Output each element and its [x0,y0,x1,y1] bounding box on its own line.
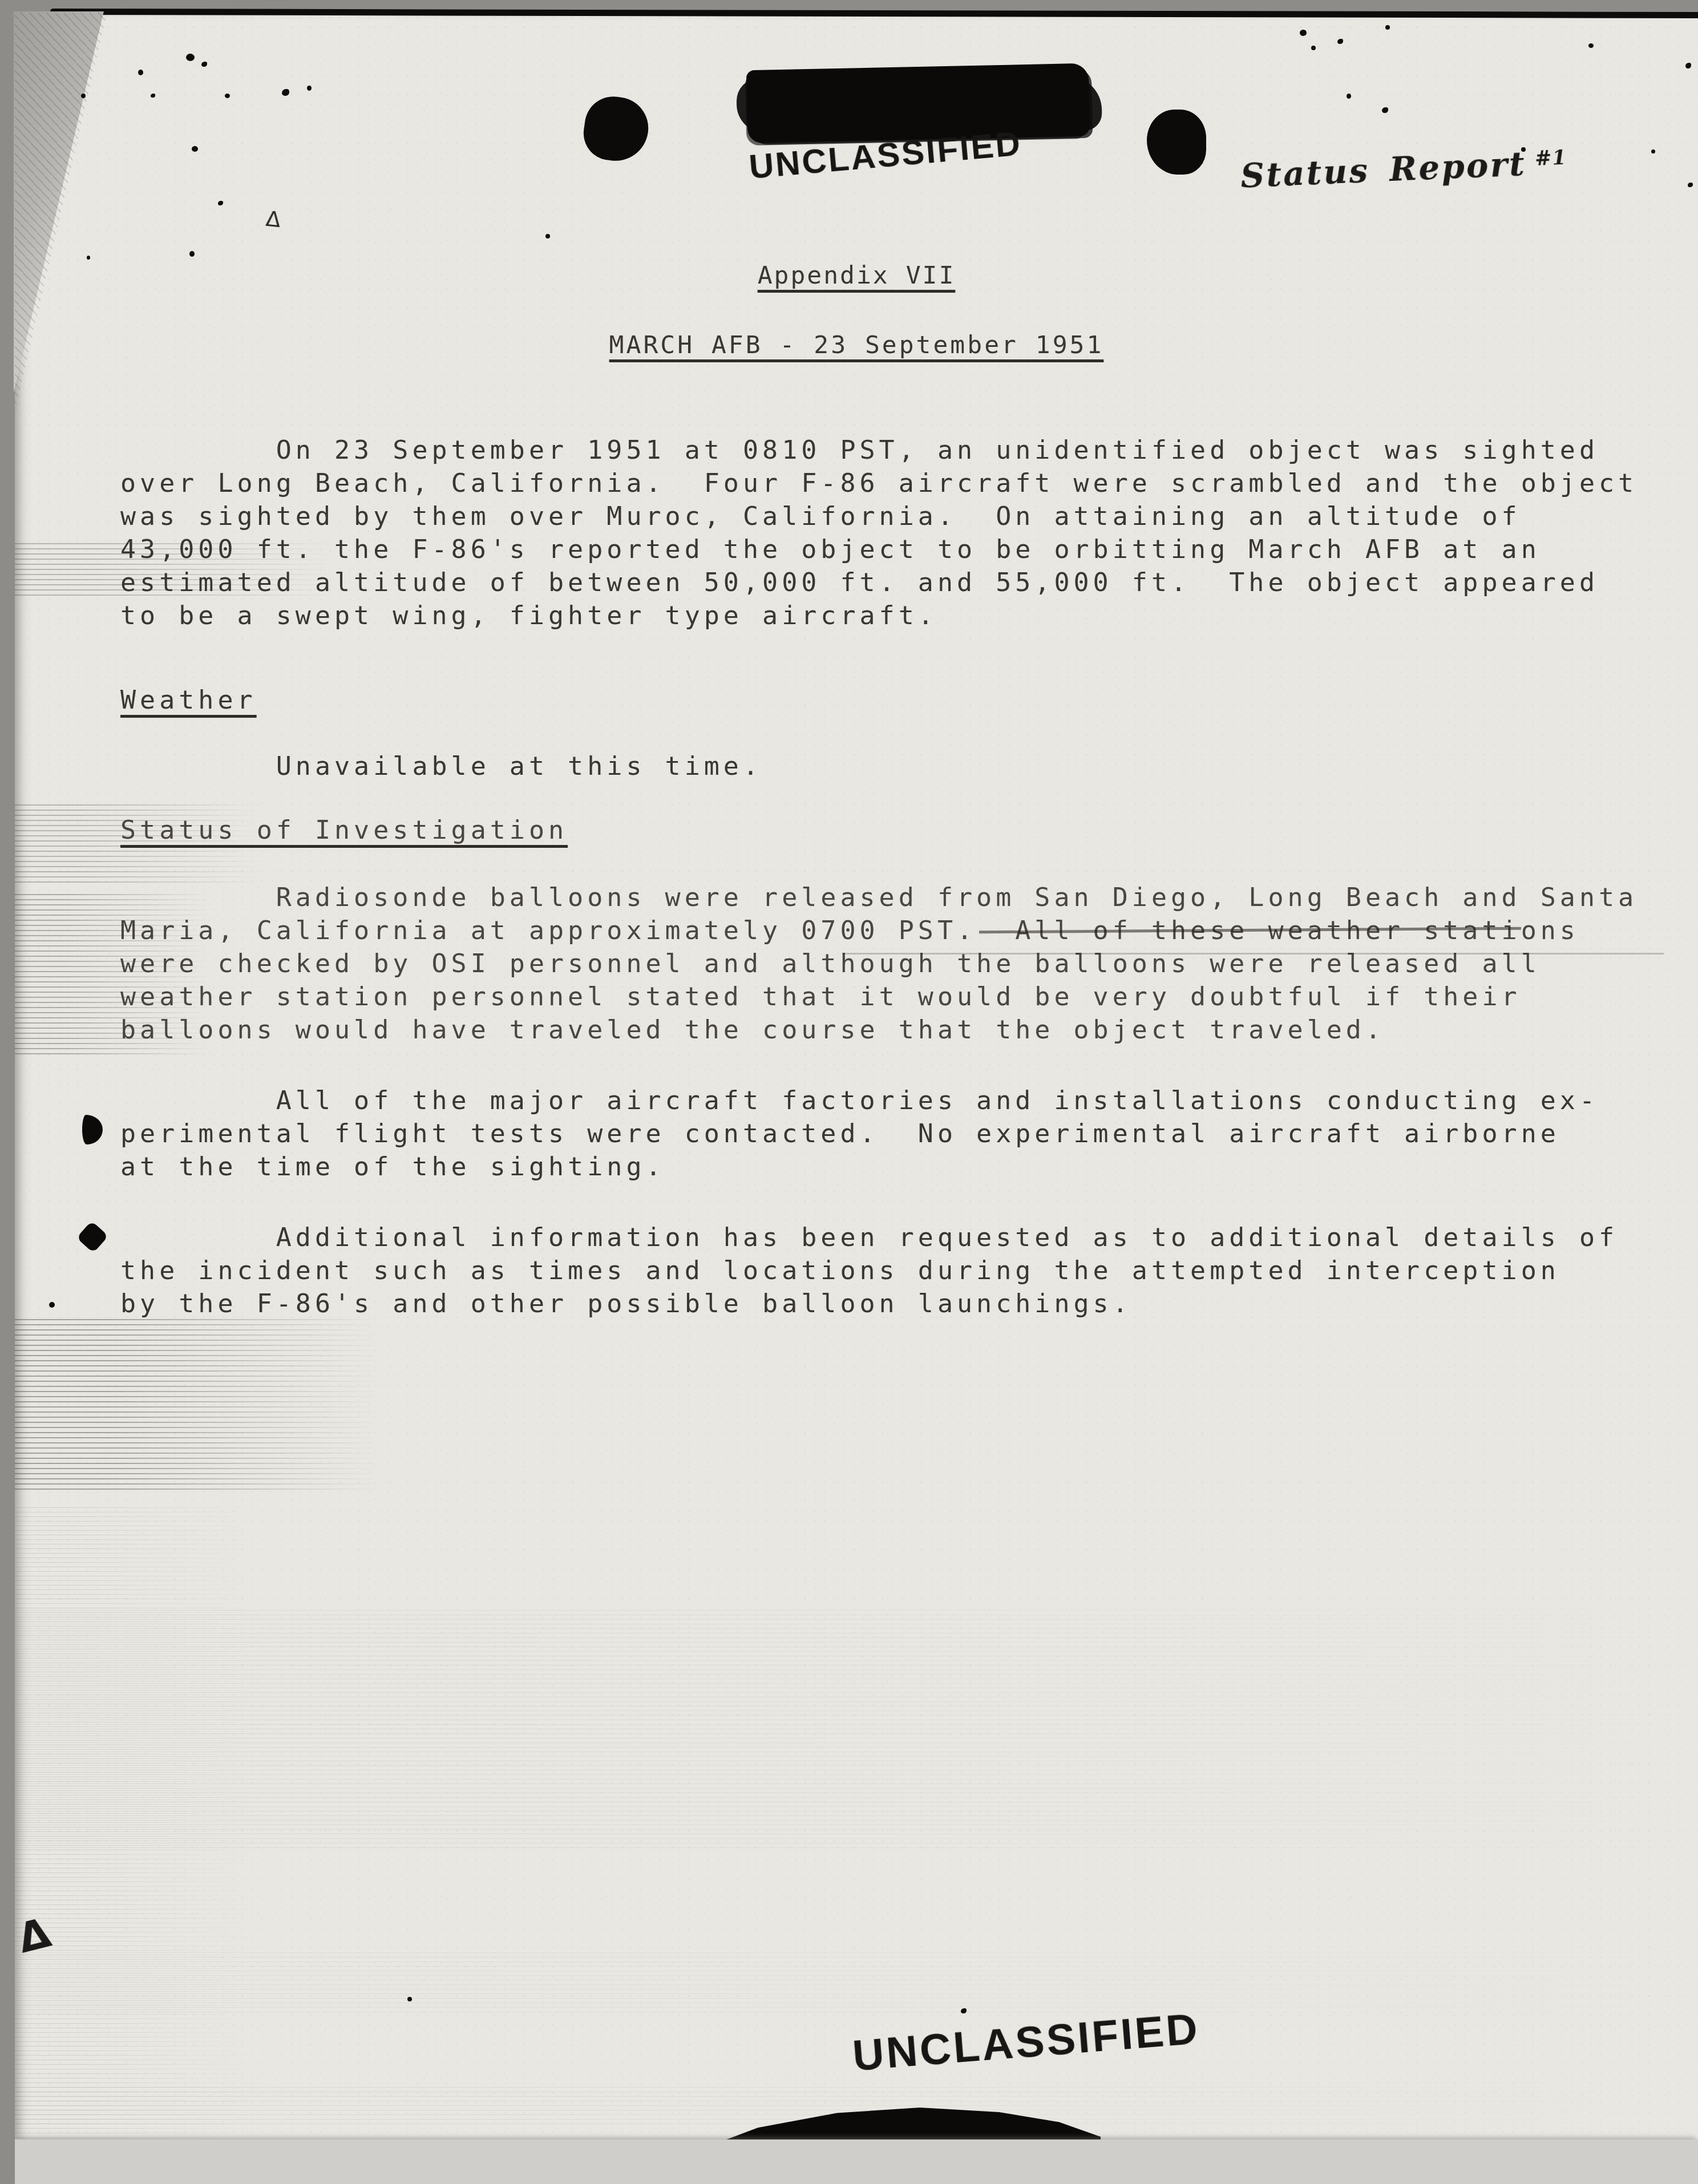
scan-noise-band [15,1952,1698,2015]
ink-speck [1685,63,1691,68]
ink-speck [407,1997,412,2001]
ink-speck [1300,30,1307,36]
title-heading: MARCH AFB - 23 September 1951 [15,329,1698,362]
handwritten-note: Status Report#1 [1240,143,1568,196]
ink-speck [192,146,198,152]
ink-speck [1382,107,1388,113]
ink-speck [307,86,312,91]
ink-speck [545,234,550,238]
ink-speck [1347,94,1351,99]
ink-speck [1651,149,1655,153]
margin-ink-mark [82,1115,103,1144]
ink-speck [1337,39,1343,44]
ink-speck [225,94,230,98]
ink-speck [49,1302,55,1308]
ink-speck [1311,46,1316,50]
weather-heading-text: Weather [120,685,257,715]
page-top-edge [50,9,1698,18]
scan-bottom-shadow [15,2139,1698,2184]
ink-speck [151,94,155,98]
paragraph-balloons: Radiosonde balloons were released from S… [120,881,1661,1046]
scanned-document-background: { "colors": { "paper": "#e9e7e2", "ink":… [0,0,1698,2184]
scan-noise-band [15,543,334,596]
paragraph-additional-info: Additional information has been requeste… [120,1221,1661,1320]
scan-noise-band [15,804,260,884]
ink-blot [1147,110,1206,175]
ink-speck [218,201,223,205]
title-heading-text: MARCH AFB - 23 September 1951 [609,331,1104,359]
handwritten-note-number: #1 [1534,146,1567,171]
ink-speck [189,251,195,257]
appendix-heading: Appendix VII [15,259,1698,292]
weather-section-heading: Weather [120,683,1661,717]
ink-speck [1521,147,1526,152]
ink-speck [201,62,207,67]
paragraph-factories: All of the major aircraft factories and … [120,1084,1661,1183]
ink-speck [1588,43,1594,48]
ink-speck [87,256,90,260]
redaction-bar [746,63,1090,144]
appendix-heading-text: Appendix VII [758,261,956,290]
ink-blot [580,93,652,165]
pen-triangle-mark: Δ [265,206,282,232]
scan-noise-band [15,1610,1698,1850]
ink-speck [81,94,86,98]
scan-noise-band [15,894,209,1057]
status-section-heading: Status of Investigation [120,814,1661,847]
ink-speck [138,70,143,75]
scan-noise-band [15,1319,380,1490]
unclassified-stamp-bottom: UNCLASSIFIED [851,2004,1202,2081]
copier-streak-line [842,953,1664,955]
paragraph-sighting: On 23 September 1951 at 0810 PST, an uni… [120,434,1661,632]
document-page: UNCLASSIFIED Status Report#1 Δ Appendix … [15,13,1698,2184]
weather-text: Unavailable at this time. [120,750,1661,783]
ink-speck [186,54,195,61]
handwritten-note-text: Status Report [1240,144,1527,196]
margin-ink-mark [76,1221,108,1253]
ink-speck [282,89,289,96]
ink-speck [1688,183,1693,187]
ink-speck [1385,25,1390,30]
